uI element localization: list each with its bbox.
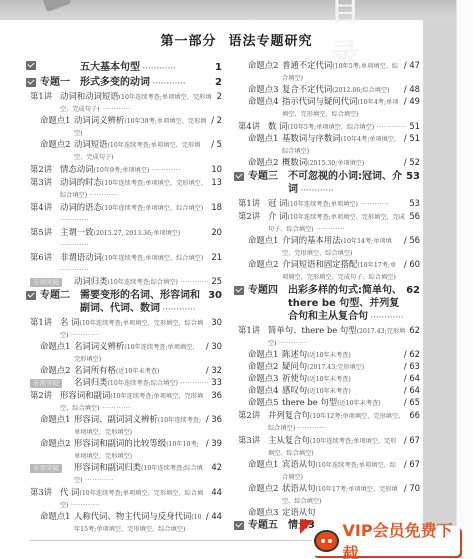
entry-text: 形容词、副词词义辨析(10年连续考查;单项填空、完形填空): [74, 414, 204, 438]
special-badge: 专项突破: [30, 278, 62, 287]
entry-text: 动词短语(10年连续考查;单项填空、完形填空、完成句子): [74, 139, 209, 163]
toc-entry-point[interactable]: 命题点2疑问句(2017.43;完形填空)/ 63: [234, 361, 420, 373]
entry-text: 人称代词、物主代词与反身代词(10年15考;单项填空、完形填空、综合填空): [74, 511, 204, 535]
entry-title: 名词词义辨析: [74, 341, 124, 351]
entry-note: (2015.30;单项填空): [307, 160, 364, 167]
page-number: 30: [208, 289, 222, 302]
toc-entry-point[interactable]: 命题点2普通不定代词(10年5考;单项填空、综合填空)/ 47: [234, 60, 420, 84]
entry-text: 动词词义辨析(10年39考;单项填空、完形填空): [74, 115, 209, 139]
page-number: 18: [211, 202, 222, 213]
entry-text: 状语从句(10年17考;单项填空、完形填空、综合填空): [282, 483, 402, 507]
entry-title: 祈使句: [282, 373, 307, 383]
entry-text: 五大基本句型 ············: [80, 61, 213, 75]
leader-dots: ············: [358, 201, 389, 208]
point-label: 命题点2: [26, 139, 74, 150]
page-number: 13: [211, 177, 222, 188]
toc-left-column: 五大基本句型 ············1专题一形式多变的动词 ·········…: [26, 60, 222, 535]
point-label: 命题点1: [26, 511, 74, 522]
entry-note: (10年连续考查;单项填空): [287, 201, 357, 208]
toc-entry-lecture[interactable]: 第1讲简单句、there be 句型(2017.43;完形填空) ·······…: [234, 325, 420, 349]
special-label: 专项突破: [26, 276, 74, 287]
leader-dots: ············: [160, 306, 196, 313]
toc-entry-point[interactable]: 命题点3祈使句(近10年未考查)/ 64: [234, 373, 420, 385]
point-label: 命题点2: [234, 361, 282, 372]
page-number: / 39: [206, 438, 222, 449]
point-label: 命题点2: [234, 483, 282, 494]
page-number: 21: [211, 252, 222, 263]
toc-entry-special[interactable]: 专项突破形容词和副词归类(10年连续考查;综合填空) ············4…: [26, 462, 222, 486]
entry-title: 概数词: [282, 157, 307, 167]
entry-title: 情态动词: [60, 164, 94, 174]
entry-text: 形容词和副词的比较等级(10年10考;单项填空、完形填空): [74, 438, 204, 462]
page-number: / 64: [404, 385, 420, 396]
toc-entry-lecture[interactable]: 第1讲动词和动词短语(10年连续考查;单项填空、完形填空、完成句子) ·····…: [26, 91, 222, 115]
lecture-label: 第2讲: [26, 164, 60, 175]
toc-entry-topic[interactable]: 专题二需要变形的名词、形容词和副词、代词、数词 ············30: [26, 289, 222, 316]
lecture-label: 第2讲: [234, 211, 268, 222]
lecture-label: 第2讲: [26, 390, 60, 401]
lecture-label: 第4讲: [234, 121, 268, 132]
entry-note: (10年连续考查;单项填空、综合填空): [102, 205, 203, 212]
leader-dots: ············: [60, 242, 89, 249]
entry-note: (10年连续考查;综合填空): [108, 380, 178, 387]
page-edge: [456, 0, 473, 559]
entry-title: 名词归类: [74, 377, 108, 387]
entry-text: 名词所有格(近10年未考查): [74, 365, 204, 377]
page-number: / 36: [206, 414, 222, 425]
entry-text: 动词和动词短语(10年连续考查;单项填空、完形填空、完成句子) ········…: [60, 91, 215, 115]
page-number: / 65: [404, 397, 420, 408]
topic-number: 专题二: [40, 289, 70, 302]
entry-title: 名 词: [60, 317, 79, 327]
toc-entry-lecture[interactable]: 第2讲并列复合句(10年12考;单项填空、完形填空、综合填空) ········…: [234, 410, 420, 434]
page-number: 56: [409, 211, 420, 222]
entry-text: 代 词(10年连续考查;单项填空、完形填空、综合填空) ············: [60, 487, 209, 511]
checkbox-icon: [234, 521, 244, 530]
entry-text: 冠 词(10年连续考查;单项填空) ············: [268, 198, 407, 210]
topic-label: 专题三: [234, 170, 288, 183]
lecture-label: 第5讲: [26, 227, 60, 238]
lecture-label: 第3讲: [234, 435, 268, 446]
page-number: / 52: [404, 157, 420, 168]
entry-title: 人称代词、物主代词与反身代词: [74, 511, 191, 521]
part-title: 第一部分语法专题研究: [0, 30, 473, 49]
entry-title: 数 词: [268, 121, 287, 131]
entry-title: 疑问句: [282, 361, 307, 371]
lecture-label: 第3讲: [26, 487, 60, 498]
entry-title: 介词的基本用法: [282, 235, 341, 245]
entry-text: 简单句、there be 句型(2017.43;完形填空) ··········…: [268, 325, 407, 349]
entry-title: 定语从句: [282, 507, 316, 517]
toc-entry-topic[interactable]: 专题四出彩多样的句式:简单句、there be 句型、并列复合句和主从复合句 ·…: [234, 284, 420, 324]
entry-text: 复合不定代词(2012.86;综合填空): [282, 84, 402, 96]
page-number: / 30: [206, 341, 222, 352]
entry-text: 不可忽视的小词:冠词、介词 ············: [288, 170, 404, 197]
topic-label: 专题一: [26, 76, 80, 89]
entry-note: (10年连续考查;综合填空): [108, 279, 178, 286]
page-number: 10: [211, 164, 222, 175]
special-badge: 专项突破: [30, 464, 62, 473]
entry-text: 疑问句(2017.43;完形填空): [282, 361, 402, 373]
entry-title: 动词的时态: [60, 177, 102, 187]
toc-entry-point[interactable]: 命题点2动词短语(10年连续考查;单项填空、完形填空、完成句子)/ 5: [26, 139, 222, 163]
toc-entry-point[interactable]: 命题点1名词词义辨析(10年连续考查;单项填空、完形填空)/ 30: [26, 341, 222, 365]
entry-title: 普通不定代词: [282, 60, 332, 70]
entry-note: (10年连续考查;单项填空、综合填空): [102, 255, 203, 262]
page-number: / 47: [404, 60, 420, 71]
toc-entry-topic[interactable]: 专题一形式多变的动词 ············2: [26, 76, 222, 90]
leader-dots: ············: [150, 80, 186, 87]
toc-entry-point[interactable]: 命题点1陈述句(近10年未考查)/ 62: [234, 349, 420, 361]
entry-text: 感叹句(近10年未考查): [282, 385, 402, 397]
topic-number: 专题三: [248, 170, 278, 183]
toc-entry-point[interactable]: 命题点5there be 句型(近10年未考查)/ 65: [234, 397, 420, 409]
page-number: / 64: [404, 373, 420, 384]
leader-dots: ············: [87, 192, 118, 199]
point-label: 命题点2: [26, 438, 74, 449]
page-number: 66: [409, 410, 420, 421]
entry-title: 五大基本句型: [80, 62, 140, 73]
entry-text: there be 句型(近10年未考查): [282, 397, 402, 409]
toc-entry-point[interactable]: 命题点2名词所有格(近10年未考查)/ 32: [26, 365, 222, 377]
toc-entry-point[interactable]: 命题点3复合不定代词(2012.86;综合填空)/ 48: [234, 84, 420, 96]
point-label: 命题点3: [234, 373, 282, 384]
toc-entry-point[interactable]: 命题点1动词词义辨析(10年39考;单项填空、完形填空)/ 2: [26, 115, 222, 139]
entry-note: (2012.86;综合填空): [332, 87, 389, 94]
entry-title: 陈述句: [282, 349, 307, 359]
point-label: 命题点1: [234, 133, 282, 144]
right-side-strip: [423, 20, 456, 540]
toc-entry-special[interactable]: 专项突破名词归类(10年连续考查;综合填空) ············33: [26, 377, 222, 389]
entry-text: 基数词与序数词(10年4考;单项填空、综合填空): [282, 133, 402, 157]
entry-title: 冠 词: [268, 198, 287, 208]
leader-dots: ············: [368, 314, 404, 321]
entry-text: 陈述句(近10年未考查): [282, 349, 402, 361]
toc-entry-lecture[interactable]: 第3讲动词的时态(10年连续考查;单项填空、完形填空、综合填空) ·······…: [26, 177, 222, 201]
entry-title: 介 词: [268, 211, 287, 221]
leader-dots: ············: [374, 124, 405, 131]
entry-title: 动词词义辨析: [74, 115, 124, 125]
topic-label: 专题五: [234, 519, 288, 532]
lecture-label: 第4讲: [26, 202, 60, 213]
page-number: / 49: [404, 96, 420, 107]
entry-title: there be 句型: [282, 397, 337, 407]
entry-note: (近10年未考查): [337, 400, 381, 407]
entry-note: (2015.27, 2013.36;单项填空): [94, 230, 181, 237]
page-number: 62: [409, 325, 420, 336]
point-label: 命题点2: [26, 365, 74, 376]
toc-entry-point[interactable]: 命题点2介词短语和固定搭配(10年17考;单项填空、完形填空、完成句子、综合填空…: [234, 259, 420, 283]
point-label: 命题点5: [234, 397, 282, 408]
page-number: / 67: [404, 435, 420, 446]
topic-number: 专题一: [40, 76, 70, 89]
point-label: 命题点3: [234, 507, 282, 518]
leader-dots: ············: [69, 502, 100, 509]
leader-dots: ············: [69, 332, 100, 339]
entry-text: 情态动词(10年9考;单项填空) ············: [60, 164, 209, 176]
lecture-label: 第1讲: [234, 325, 268, 336]
toc-entry-point[interactable]: 命题点1人称代词、物主代词与反身代词(10年15考;单项填空、完形填空、综合填空…: [26, 511, 222, 535]
entry-note: (近10年未考查): [307, 388, 351, 395]
vip-download-button[interactable]: VIP会员免费下载: [312, 526, 460, 556]
entry-text: 介词的基本用法(10年14考;单项填空、完形填空、综合填空): [282, 235, 402, 259]
point-label: 命题点2: [234, 60, 282, 71]
entry-title: 动词和动词短语: [60, 91, 119, 101]
toc-entry-point[interactable]: 命题点1基数词与序数词(10年4考;单项填空、综合填空)/ 51: [234, 133, 420, 157]
lecture-label: 第1讲: [26, 317, 60, 328]
point-label: 命题点1: [234, 459, 282, 470]
entry-title: 基数词与序数词: [282, 133, 341, 143]
page-number: 53: [406, 170, 420, 183]
entry-title: 动词的语态: [60, 202, 102, 212]
entry-title: 形式多变的动词: [80, 77, 150, 88]
leader-dots: ············: [140, 65, 176, 72]
checkbox-icon: [234, 172, 244, 181]
entry-title: 主从复合句: [268, 435, 310, 445]
page-number: / 67: [404, 459, 420, 470]
page-number: 30: [211, 317, 222, 328]
topic-label: [26, 61, 80, 70]
leader-dots: ············: [100, 405, 131, 412]
topic-label: 专题二: [26, 289, 80, 302]
page-number: / 60: [404, 259, 420, 270]
toc-entry-lecture[interactable]: 第3讲代 词(10年连续考查;单项填空、完形填空、综合填空) ·········…: [26, 487, 222, 511]
page-number: 62: [406, 284, 420, 297]
leader-dots: ············: [60, 267, 89, 274]
part-name: 语法专题研究: [229, 34, 313, 49]
entry-text: 名词归类(10年连续考查;综合填空) ············: [74, 377, 209, 389]
toc-entry-point[interactable]: 命题点1介词的基本用法(10年14考;单项填空、完形填空、综合填空)/ 56: [234, 235, 420, 259]
entry-text: 名词词义辨析(10年连续考查;单项填空、完形填空): [74, 341, 204, 365]
toc-entry-lecture[interactable]: 第3讲主从复合句(10年连续考查;单项填空、完形填空、综合填空)/ 67: [234, 435, 420, 459]
leader-dots: ············: [178, 380, 209, 387]
lecture-label: 第1讲: [234, 198, 268, 209]
toc-entry-lecture[interactable]: 第2讲情态动词(10年9考;单项填空) ············10: [26, 164, 222, 176]
entry-note: (10年9考;单项填空): [94, 167, 150, 174]
entry-text: 数 词(10年5考;单项填空、综合填空) ············: [268, 121, 407, 133]
toc-entry-point[interactable]: 命题点1形容词、副词词义辨析(10年连续考查;单项填空、完形填空)/ 36: [26, 414, 222, 438]
checkbox-icon: [234, 286, 244, 295]
entry-note: (近10年未考查): [307, 352, 351, 359]
toc-entry-lecture[interactable]: 第2讲介 词(10年连续考查;单项填空、完形填空、完成句子、综合填空) ····…: [234, 211, 420, 235]
leader-dots: ············: [277, 340, 308, 347]
page-number: 1: [215, 61, 222, 74]
entry-note: (近10年未考查): [116, 368, 160, 375]
entry-text: 主从复合句(10年连续考查;单项填空、完形填空、综合填空): [268, 435, 402, 459]
entry-text: 出彩多样的句式:简单句、there be 句型、并列复合句和主从复合句 ····…: [288, 284, 404, 324]
toc-entry-lecture[interactable]: 第4讲动词的语态(10年连续考查;单项填空、综合填空) ············…: [26, 202, 222, 226]
entry-title: 形容词和副词: [60, 390, 110, 400]
entry-title: 形容词、副词词义辨析: [74, 414, 158, 424]
page-number: / 70: [404, 483, 420, 494]
special-badge: 专项突破: [30, 379, 62, 388]
entry-text: 宾语从句(10年连续考查;单项填空、综合填空): [282, 459, 402, 483]
leader-dots: ············: [60, 217, 89, 224]
part-number: 第一部分: [160, 34, 216, 49]
entry-text: 概数词(2015.30;单项填空): [282, 157, 402, 169]
toc-right-column: 命题点2普通不定代词(10年5考;单项填空、综合填空)/ 47命题点3复合不定代…: [234, 60, 420, 532]
page-number: / 62: [404, 349, 420, 360]
leader-dots: ············: [149, 167, 180, 174]
entry-text: 名 词(10年连续考查;单项填空、完形填空、综合填空) ············: [60, 317, 209, 341]
page-number: 25: [211, 276, 222, 287]
entry-title: 简单句、there be 句型: [268, 325, 357, 335]
entry-title: 代 词: [60, 487, 79, 497]
entry-note: (2017.43;完形填空): [307, 364, 364, 371]
entry-text: 形容词和副词归类(10年连续考查;综合填空) ············: [74, 462, 209, 486]
entry-text: 定语从句: [282, 507, 420, 518]
toc-entry-special[interactable]: 专项突破动词归类(10年连续考查;综合填空) ············25: [26, 276, 222, 288]
toc-entry-lecture[interactable]: 第1讲名 词(10年连续考查;单项填空、完形填空、综合填空) ·········…: [26, 317, 222, 341]
entry-text: 祈使句(近10年未考查): [282, 373, 402, 385]
toc-entry-lecture[interactable]: 第4讲数 词(10年5考;单项填空、综合填空) ············51: [234, 121, 420, 133]
page-number: 44: [211, 487, 222, 498]
entry-title: 名词所有格: [74, 365, 116, 375]
page-number: 33: [211, 377, 222, 388]
entry-title: 并列复合句: [268, 410, 310, 420]
leader-dots: ············: [295, 425, 326, 432]
point-label: 命题点2: [234, 259, 282, 270]
point-label: 命题点1: [26, 414, 74, 425]
checkbox-icon: [26, 291, 36, 300]
entry-text: 介 词(10年连续考查;单项填空、完形填空、完成句子、综合填空) ·······…: [268, 211, 407, 235]
page-number: / 5: [211, 139, 222, 150]
toc-entry-lecture[interactable]: 第5讲主谓一致(2015.27, 2013.36;单项填空) ·········…: [26, 227, 222, 251]
leader-dots: ············: [314, 226, 345, 233]
entry-text: 介词短语和固定搭配(10年17考;单项填空、完形填空、完成句子、综合填空): [282, 259, 402, 283]
page-number: / 56: [404, 235, 420, 246]
leader-dots: ············: [298, 187, 334, 194]
leader-dots: ············: [83, 477, 114, 484]
page-number: 20: [211, 227, 222, 238]
page-number: 53: [409, 198, 420, 209]
toc-entry-point[interactable]: 命题点2概数词(2015.30;单项填空)/ 52: [234, 157, 420, 169]
toc-entry-point[interactable]: 命题点2状语从句(10年17考;单项填空、完形填空、综合填空)/ 70: [234, 483, 420, 507]
toc-entry-point[interactable]: 命题点4指示代词与疑问代词(10年4考;单项填空、完形填空、综合填空)/ 49: [234, 96, 420, 120]
page-number: / 32: [206, 365, 222, 376]
page-number: / 44: [206, 511, 222, 522]
lecture-label: 第1讲: [26, 91, 60, 102]
leader-dots: ············: [100, 106, 131, 113]
entry-text: 主谓一致(2015.27, 2013.36;单项填空) ············: [60, 227, 209, 251]
page-number: 2: [217, 91, 222, 102]
checkbox-icon: [26, 61, 36, 70]
entry-title: 动词归类: [74, 276, 108, 286]
point-label: 命题点1: [234, 349, 282, 360]
toc-entry-point[interactable]: 命题点1宾语从句(10年连续考查;单项填空、综合填空)/ 67: [234, 459, 420, 483]
lecture-label: 第6讲: [26, 252, 60, 263]
chat-bubble-icon: [314, 530, 339, 552]
entry-title: 形容词和副词的比较等级: [74, 438, 166, 448]
entry-text: 指示代词与疑问代词(10年4考;单项填空、完形填空、综合填空): [282, 96, 402, 120]
page-number: 51: [409, 121, 420, 132]
entry-text: 并列复合句(10年12考;单项填空、完形填空、综合填空) ···········…: [268, 410, 407, 434]
entry-title: 介词短语和固定搭配: [282, 259, 357, 269]
topic-number: 专题四: [248, 284, 278, 297]
page-number: 2: [215, 76, 222, 89]
topic-label: 专题四: [234, 284, 288, 297]
point-label: 命题点4: [234, 385, 282, 396]
toc-entry-point[interactable]: 命题点4感叹句(近10年未考查)/ 64: [234, 385, 420, 397]
special-label: 专项突破: [26, 377, 74, 388]
entry-note: (10年5考;单项填空、综合填空): [287, 124, 374, 131]
entry-text: 动词归类(10年连续考查;综合填空) ············: [74, 276, 209, 288]
vip-download-label: VIP会员免费下载: [343, 518, 461, 559]
page-number: / 63: [404, 361, 420, 372]
entry-title: 动词短语: [74, 139, 108, 149]
entry-text: 动词的时态(10年连续考查;单项填空、完形填空、综合填空) ··········…: [60, 177, 209, 201]
toc-entry-lecture[interactable]: 第1讲冠 词(10年连续考查;单项填空) ············53: [234, 198, 420, 210]
point-label: 命题点1: [26, 341, 74, 352]
toc-entry-topic[interactable]: 专题三不可忽视的小词:冠词、介词 ············53: [234, 170, 420, 197]
entry-title: 状语从句: [282, 483, 316, 493]
page-number: / 51: [404, 133, 420, 144]
page-number: 36: [211, 390, 222, 401]
entry-title: 指示代词与疑问代词: [282, 96, 357, 106]
header-decoration: [42, 0, 71, 12]
topic-number: 专题五: [248, 519, 278, 532]
point-label: 命题点4: [234, 96, 282, 107]
page-number: / 48: [404, 84, 420, 95]
entry-note: (近10年未考查): [307, 376, 351, 383]
toc-entry-point[interactable]: 命题点2形容词和副词的比较等级(10年10考;单项填空、完形填空)/ 39: [26, 438, 222, 462]
point-label: 命题点1: [26, 115, 74, 126]
entry-title: 形容词和副词归类: [74, 462, 141, 472]
point-label: 命题点3: [234, 84, 282, 95]
entry-text: 非谓语动词(10年连续考查;单项填空、综合填空) ············: [60, 252, 209, 276]
entry-text: 形式多变的动词 ············: [80, 76, 213, 90]
point-label: 命题点2: [234, 157, 282, 168]
entry-text: 形容词和副词(10年连续考查;单项填空、完形填空、综合填空) ·········…: [60, 390, 209, 414]
special-label: 专项突破: [26, 462, 74, 473]
entry-title: 感叹句: [282, 385, 307, 395]
toc-entry-lecture[interactable]: 第6讲非谓语动词(10年连续考查;单项填空、综合填空) ············…: [26, 252, 222, 276]
page-number: / 2: [211, 115, 222, 126]
entry-title: 非谓语动词: [60, 252, 102, 262]
page-number: 42: [211, 462, 222, 473]
lecture-label: 第2讲: [234, 410, 268, 421]
lecture-label: 第3讲: [26, 177, 60, 188]
toc-entry-point[interactable]: 命题点3定语从句: [234, 507, 420, 518]
entry-title: 主谓一致: [60, 227, 94, 237]
entry-text: 动词的语态(10年连续考查;单项填空、综合填空) ············: [60, 202, 209, 226]
checkbox-icon: [26, 78, 36, 87]
entry-text: 普通不定代词(10年5考;单项填空、综合填空): [282, 60, 402, 84]
entry-title: 复合不定代词: [282, 84, 332, 94]
entry-text: 需要变形的名词、形容词和副词、代词、数词 ············: [80, 289, 206, 316]
toc-entry-lecture[interactable]: 第2讲形容词和副词(10年连续考查;单项填空、完形填空、综合填空) ······…: [26, 390, 222, 414]
entry-title: 宾语从句: [282, 459, 316, 469]
toc-entry-topic[interactable]: 五大基本句型 ············1: [26, 61, 222, 75]
header-band: 目 录: [0, 0, 456, 20]
point-label: 命题点1: [234, 235, 282, 246]
leader-dots: ············: [178, 279, 209, 286]
